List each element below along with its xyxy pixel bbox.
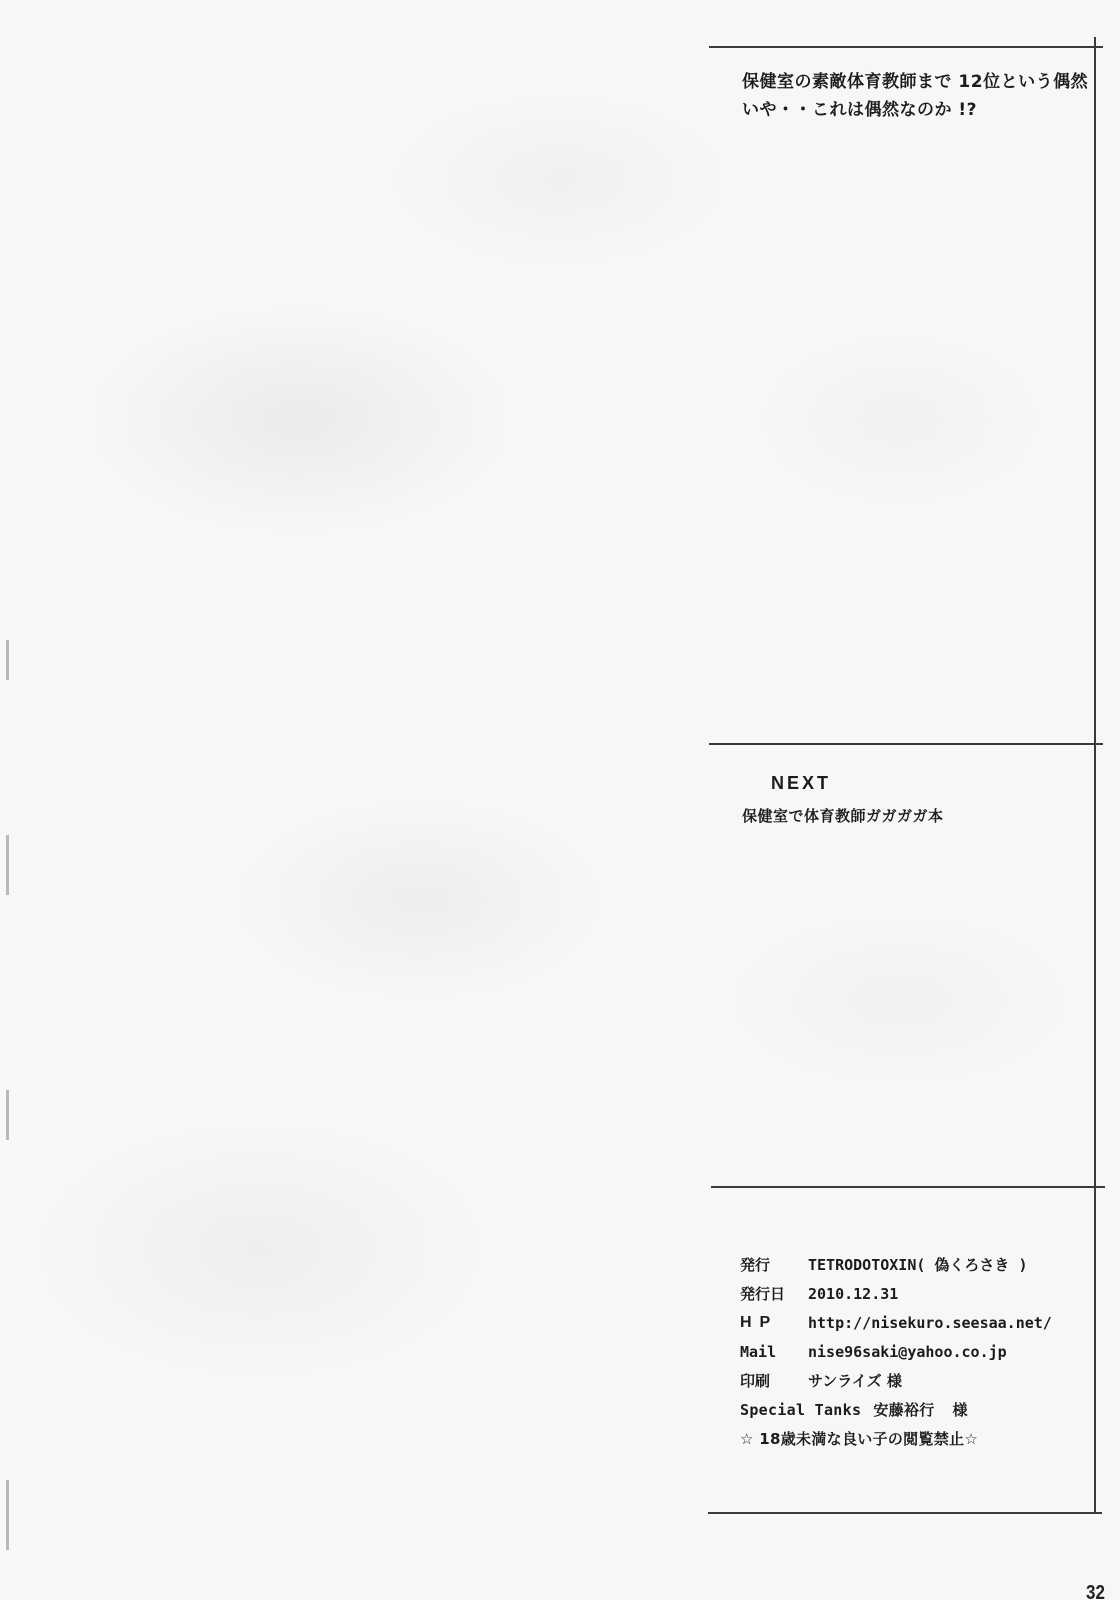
special-thanks-honorific: 様 xyxy=(953,1399,968,1420)
colophon-row-notice: ☆ 18歳未満な良い子の閲覧禁止☆ xyxy=(740,1424,1052,1453)
page-number: 32 xyxy=(1086,1582,1105,1600)
scan-edge-mark xyxy=(6,1480,9,1550)
colophon-row-date: 発行日 2010.12.31 xyxy=(740,1279,1052,1308)
publisher-value: TETRODOTOXIN( 偽くろさき ) xyxy=(808,1254,1028,1275)
age-restriction-notice: ☆ 18歳未満な良い子の閲覧禁止☆ xyxy=(740,1428,978,1449)
colophon-top-rule xyxy=(711,1186,1105,1188)
printer-value: サンライズ 様 xyxy=(808,1370,902,1391)
scan-edge-mark xyxy=(6,640,9,680)
colophon-row-homepage: HP http://nisekuro.seesaa.net/ xyxy=(740,1308,1052,1337)
colophon-bottom-rule xyxy=(708,1512,1102,1514)
homepage-link[interactable]: http://nisekuro.seesaa.net/ xyxy=(808,1314,1052,1332)
afterword-blurb: 保健室の素敵体育教師まで 12位という偶然 いや・・これは偶然なのか !? xyxy=(742,68,1088,124)
printer-label: 印刷 xyxy=(740,1370,808,1391)
top-rule xyxy=(709,46,1103,48)
scan-edge-mark xyxy=(6,835,9,895)
colophon-row-mail: Mail nise96saki@yahoo.co.jp xyxy=(740,1337,1052,1366)
mail-link[interactable]: nise96saki@yahoo.co.jp xyxy=(808,1343,1007,1361)
date-label: 発行日 xyxy=(740,1283,808,1304)
date-value: 2010.12.31 xyxy=(808,1285,898,1303)
publisher-label: 発行 xyxy=(740,1254,808,1275)
colophon-row-publisher: 発行 TETRODOTOXIN( 偽くろさき ) xyxy=(740,1250,1052,1279)
mail-label: Mail xyxy=(740,1343,808,1361)
homepage-label: HP xyxy=(740,1314,808,1332)
colophon: 発行 TETRODOTOXIN( 偽くろさき ) 発行日 2010.12.31 … xyxy=(740,1250,1052,1453)
next-title: 保健室で体育教師ガガガガ本 xyxy=(742,805,944,826)
colophon-row-printer: 印刷 サンライズ 様 xyxy=(740,1366,1052,1395)
next-label: NEXT xyxy=(771,773,831,794)
special-thanks-name: 安藤裕行 xyxy=(873,1399,934,1420)
colophon-row-special-thanks: Special Tanks 安藤裕行 様 xyxy=(740,1395,1052,1424)
blurb-line-2: いや・・これは偶然なのか !? xyxy=(742,96,1088,124)
scan-edge-mark xyxy=(6,1090,9,1140)
frame-vertical-rule xyxy=(1094,37,1096,1512)
next-section-rule xyxy=(709,743,1103,745)
blurb-line-1: 保健室の素敵体育教師まで 12位という偶然 xyxy=(742,68,1088,96)
special-thanks-label: Special Tanks xyxy=(740,1401,861,1419)
